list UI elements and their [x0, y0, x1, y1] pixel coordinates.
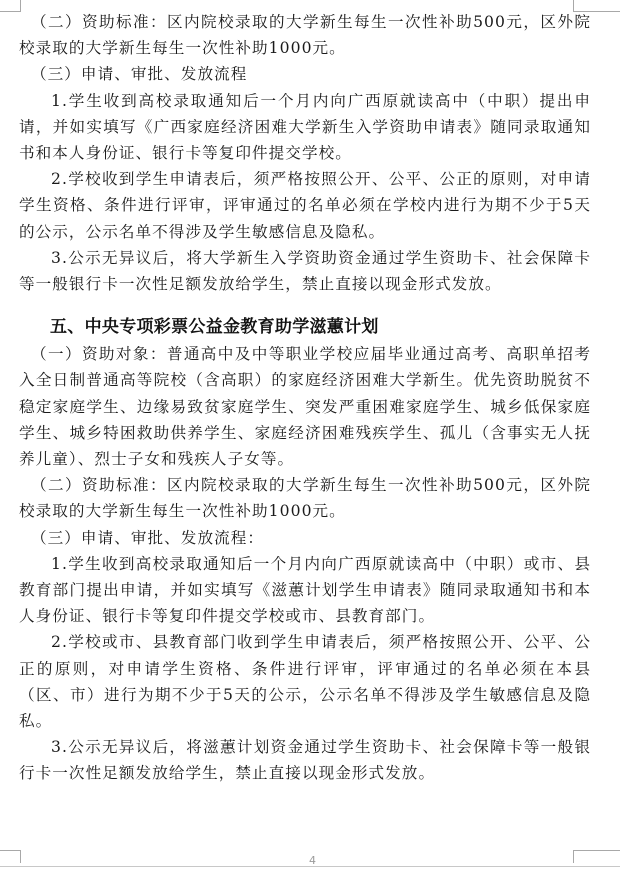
paragraph-step-2: 2.学校或市、县教育部门收到学生申请表后，须严格按照公开、公平、公正的原则，对申…	[19, 629, 591, 734]
paragraph-process-title: （三）申请、审批、发放流程	[19, 61, 591, 87]
page-corner-mark-top-left	[0, 0, 21, 12]
paragraph-standard: （二）资助标准：区内院校录取的大学新生每生一次性补助500元，区外院校录取的大学…	[19, 9, 591, 61]
page-number: 4	[309, 854, 316, 867]
document-body: （二）资助标准：区内院校录取的大学新生每生一次性补助500元，区外院校录取的大学…	[19, 9, 591, 787]
paragraph-process-title: （三）申请、审批、发放流程：	[19, 525, 591, 551]
page-corner-mark-bottom-right	[573, 850, 620, 863]
paragraph-step-3: 3.公示无异议后，将大学新生入学资助资金通过学生资助卡、社会保障卡等一般银行卡一…	[19, 245, 591, 297]
paragraph-step-3: 3.公示无异议后，将滋蕙计划资金通过学生资助卡、社会保障卡等一般银行卡一次性足额…	[19, 734, 591, 786]
page-corner-mark-bottom-left	[0, 850, 21, 863]
paragraph-step-1: 1.学生收到高校录取通知后一个月内向广西原就读高中（中职）或市、县教育部门提出申…	[19, 551, 591, 630]
paragraph-targets: （一）资助对象：普通高中及中等职业学校应届毕业通过高考、高职单招考入全日制普通高…	[19, 341, 591, 472]
section-heading: 五、中央专项彩票公益金教育助学滋蕙计划	[19, 313, 591, 341]
paragraph-standard: （二）资助标准：区内院校录取的大学新生每生一次性补助500元，区外院校录取的大学…	[19, 472, 591, 524]
paragraph-step-2: 2.学校收到学生申请表后，须严格按照公开、公平、公正的原则，对申请学生资格、条件…	[19, 166, 591, 245]
paragraph-step-1: 1.学生收到高校录取通知后一个月内向广西原就读高中（中职）提出申请，并如实填写《…	[19, 88, 591, 167]
